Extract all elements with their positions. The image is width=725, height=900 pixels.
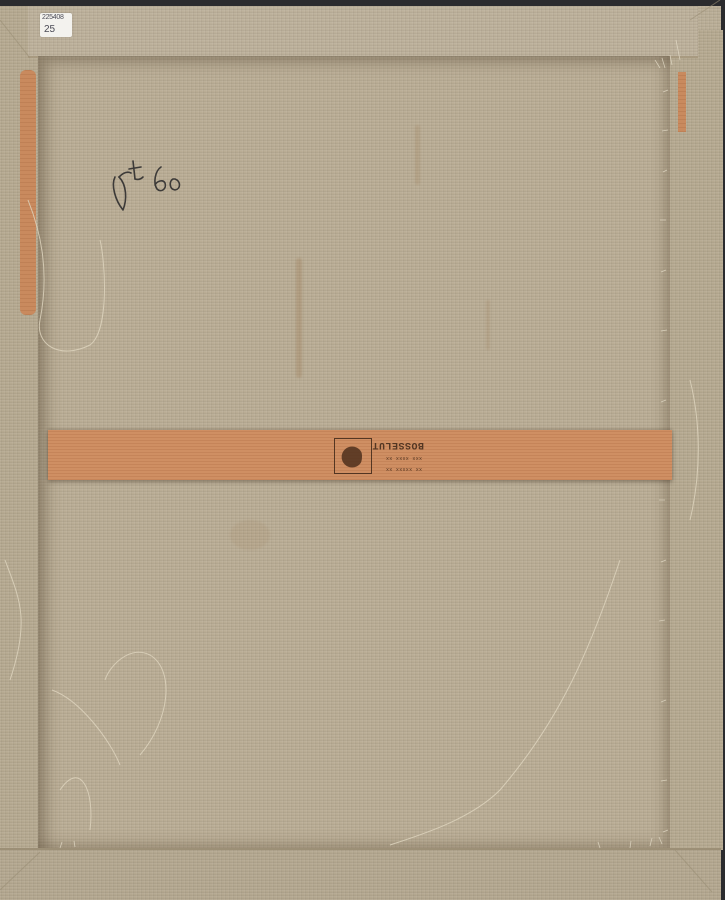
photo-canvas-back: BOSSELUT xx xxxxx xx xxx xxxx xx 225408 … — [0, 0, 725, 900]
loose-threads — [0, 0, 725, 900]
